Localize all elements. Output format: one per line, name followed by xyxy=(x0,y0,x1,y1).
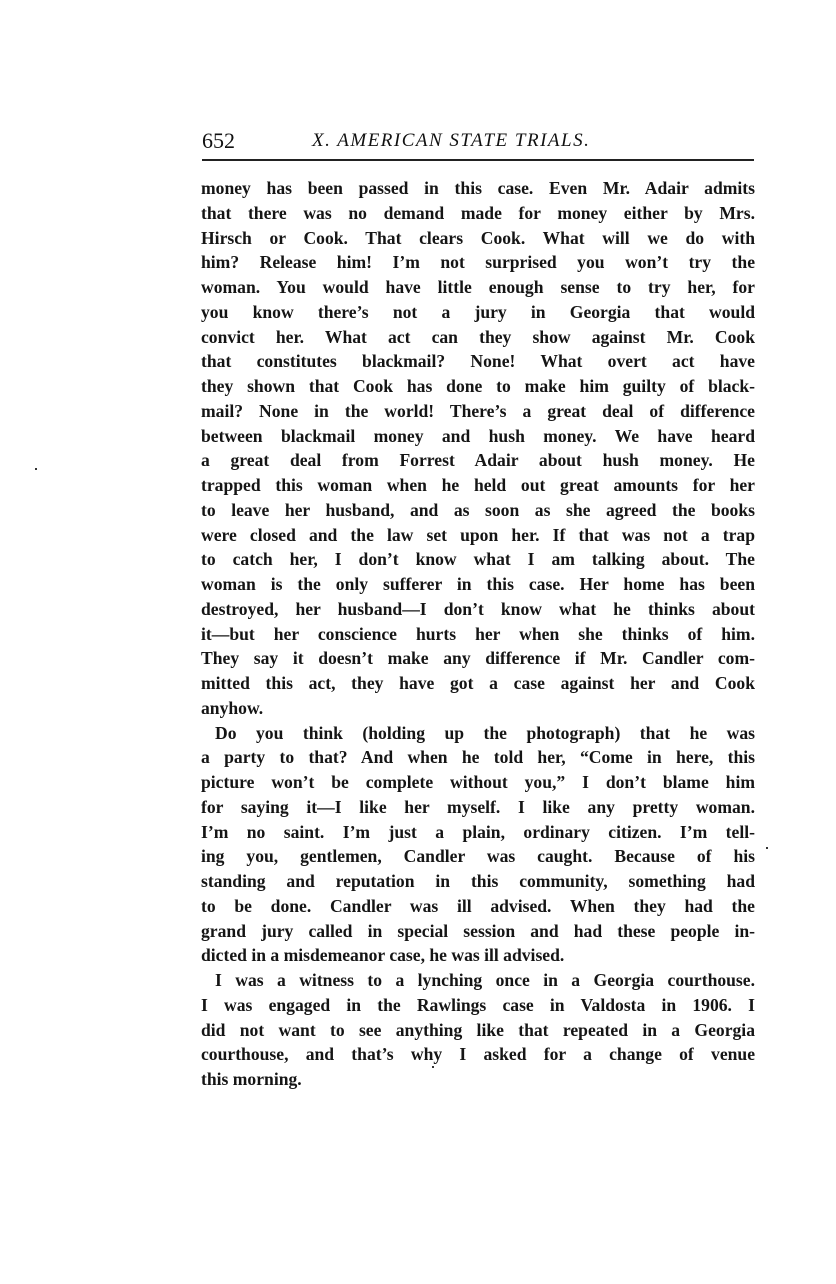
text-line: grand jury called in special session and… xyxy=(201,919,755,944)
text-line: picture won’t be complete without you,” … xyxy=(201,770,755,795)
text-line: that constitutes blackmail? None! What o… xyxy=(201,349,755,374)
text-line: this morning. xyxy=(201,1067,755,1092)
text-line: ing you, gentlemen, Candler was caught. … xyxy=(201,844,755,869)
book-page: 652 X. AMERICAN STATE TRIALS. money has … xyxy=(0,0,836,1284)
text-line: trapped this woman when he held out grea… xyxy=(201,473,755,498)
scan-speck xyxy=(35,468,37,470)
page-number: 652 xyxy=(202,128,235,154)
text-line: mail? None in the world! There’s a great… xyxy=(201,399,755,424)
text-line: They say it doesn’t make any difference … xyxy=(201,646,755,671)
text-line: Hirsch or Cook. That clears Cook. What w… xyxy=(201,226,755,251)
text-line: mitted this act, they have got a case ag… xyxy=(201,671,755,696)
text-line: money has been passed in this case. Even… xyxy=(201,176,755,201)
running-title: X. AMERICAN STATE TRIALS. xyxy=(312,130,590,152)
text-line: to leave her husband, and as soon as she… xyxy=(201,498,755,523)
text-line: I was engaged in the Rawlings case in Va… xyxy=(201,993,755,1018)
paragraph-1: money has been passed in this case. Even… xyxy=(201,176,755,721)
header-rule xyxy=(202,159,754,161)
text-line: anyhow. xyxy=(201,696,755,721)
running-head: 652 X. AMERICAN STATE TRIALS. xyxy=(202,126,754,156)
paragraph-3: I was a witness to a lynching once in a … xyxy=(201,968,755,1092)
text-line: did not want to see anything like that r… xyxy=(201,1018,755,1043)
text-line: convict her. What act can they show agai… xyxy=(201,325,755,350)
body-text: money has been passed in this case. Even… xyxy=(201,176,755,1092)
text-line: to be done. Candler was ill advised. Whe… xyxy=(201,894,755,919)
text-line: between blackmail money and hush money. … xyxy=(201,424,755,449)
text-line: you know there’s not a jury in Georgia t… xyxy=(201,300,755,325)
scan-speck xyxy=(766,847,768,849)
text-line: they shown that Cook has done to make hi… xyxy=(201,374,755,399)
text-line: I’m no saint. I’m just a plain, ordinary… xyxy=(201,820,755,845)
text-line: I was a witness to a lynching once in a … xyxy=(201,968,755,993)
text-line: standing and reputation in this communit… xyxy=(201,869,755,894)
text-line: dicted in a misdemeanor case, he was ill… xyxy=(201,943,755,968)
scan-speck xyxy=(432,1066,434,1068)
text-line: woman is the only sufferer in this case.… xyxy=(201,572,755,597)
text-line: him? Release him! I’m not surprised you … xyxy=(201,250,755,275)
text-line: destroyed, her husband—I don’t know what… xyxy=(201,597,755,622)
text-line: were closed and the law set upon her. If… xyxy=(201,523,755,548)
text-line: a great deal from Forrest Adair about hu… xyxy=(201,448,755,473)
text-line: it—but her conscience hurts her when she… xyxy=(201,622,755,647)
paragraph-2: Do you think (holding up the photograph)… xyxy=(201,721,755,969)
text-line: that there was no demand made for money … xyxy=(201,201,755,226)
text-line: woman. You would have little enough sens… xyxy=(201,275,755,300)
text-line: courthouse, and that’s why I asked for a… xyxy=(201,1042,755,1067)
text-line: a party to that? And when he told her, “… xyxy=(201,745,755,770)
text-line: for saying it—I like her myself. I like … xyxy=(201,795,755,820)
text-line: to catch her, I don’t know what I am tal… xyxy=(201,547,755,572)
text-line: Do you think (holding up the photograph)… xyxy=(201,721,755,746)
